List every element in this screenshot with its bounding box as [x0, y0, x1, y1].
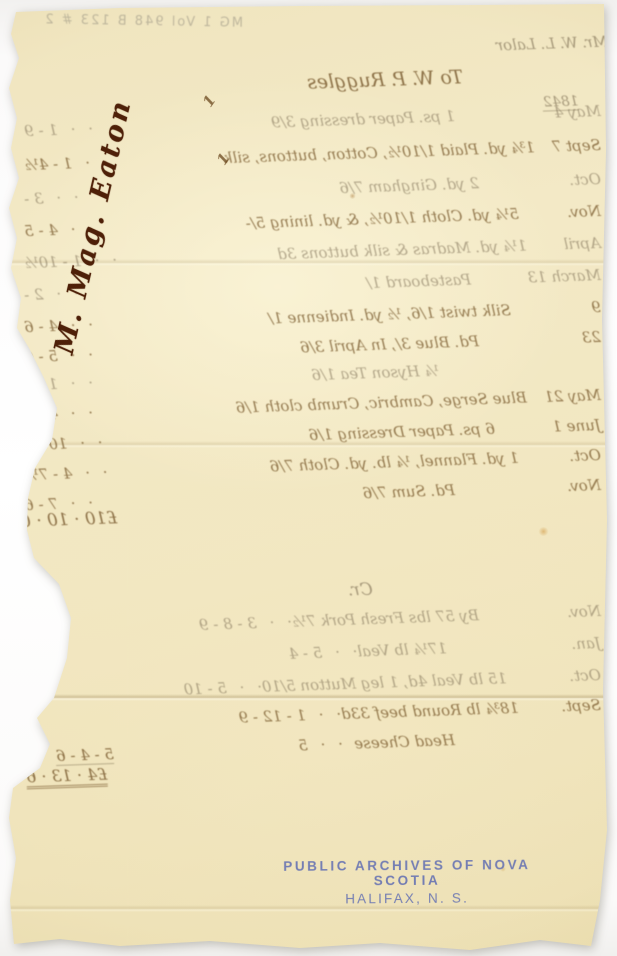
- row-date: Jan.: [535, 634, 602, 654]
- row-amount: 1 - 3: [24, 374, 93, 394]
- stamp-line-1: PUBLIC ARCHIVES OF NOVA SCOTIA: [272, 857, 542, 889]
- row-date: May 4: [535, 102, 602, 122]
- row-amount: 1 - 12 - 9: [238, 705, 341, 727]
- row-description: 1 yd. Flannel, ¼ lb. yd. Cloth 7/6: [107, 448, 535, 481]
- ledger-debit-row: Nov.Pd. Sum 7/67 - 6: [24, 476, 601, 514]
- row-date: June 1: [535, 416, 602, 436]
- ledger-credit-row: Nov.By 57 lbs Fresh Pork 7½3 - 8 - 9: [24, 602, 601, 640]
- row-amount: 5: [298, 735, 355, 755]
- row-amount: 5 - 4: [288, 642, 357, 662]
- paper-wrapper: Mr. W. L. Lalor To W. P. Ruggles 1842 £1…: [0, 0, 617, 956]
- row-description: 6 ps. Paper Dressing 1/6: [102, 418, 535, 451]
- row-description: 18¾ lb Round beef 33d: [341, 698, 535, 723]
- row-date: Nov.: [535, 602, 602, 622]
- row-description: 1¼ yd. Madras & silk buttons 3d: [117, 236, 536, 269]
- row-description: 2 yd. Gingham 7/6: [80, 172, 535, 206]
- row-amount: 4 - 7½: [24, 463, 108, 484]
- scan-background: Mr. W. L. Lalor To W. P. Ruggles 1842 £1…: [0, 0, 617, 956]
- row-date: April: [535, 234, 602, 254]
- ledger-debit-row: March 13Pasteboard 1/2 -: [24, 266, 601, 304]
- stamp-line-2: HALIFAX, N. S.: [272, 890, 542, 907]
- bleedthrough-credit-total: £4 · 13 · 6: [26, 765, 108, 787]
- bleedthrough-credit-header: Cr.: [348, 580, 373, 601]
- ledger-credit-row: Jan.17¼ lb Veal5 - 4: [24, 634, 601, 672]
- row-date: Nov.: [535, 202, 602, 222]
- row-description: 1¾ yd. Plaid 1/10½, Cotton, buttons, sil…: [107, 138, 535, 171]
- bleedthrough-heading: Mr. W. L. Lalor: [408, 33, 609, 58]
- row-description: 1 ps. Paper dressing 3/9: [93, 104, 536, 137]
- row-amount: 10 - 6: [24, 433, 103, 454]
- row-amount: 5 - 10: [183, 678, 262, 699]
- row-date: [535, 370, 601, 372]
- row-amount: 4 - 6: [24, 404, 93, 424]
- row-amount: 7 - 6: [24, 494, 93, 514]
- row-date: Nov.: [535, 476, 602, 496]
- row-description: Blue Serge, Cambric, Crumb cloth 1/6: [93, 388, 536, 421]
- row-description: 5¼ yd. Cloth 1/10½, & yd. lining 5/-: [93, 204, 536, 237]
- row-date: March 13: [535, 266, 602, 286]
- row-description: Silk twist 1/6, ½ yd. Indienne 1/: [93, 300, 536, 333]
- row-date: Oct.: [535, 446, 602, 466]
- row-date: Sept.: [535, 696, 602, 716]
- row-date: 9: [535, 298, 602, 318]
- row-amount: 3 -: [24, 188, 81, 208]
- row-description: 17¼ lb Veal: [357, 636, 535, 660]
- ledger-debit-row: April1¼ yd. Madras & silk buttons 3d1 - …: [24, 234, 601, 272]
- row-date: Oct.: [535, 170, 602, 190]
- row-spacer: [24, 694, 183, 700]
- row-description: ¼ Hyson Tea 1/6: [93, 358, 536, 391]
- row-spacer: [24, 750, 298, 760]
- row-date: 23: [535, 328, 602, 348]
- row-spacer: [24, 630, 199, 636]
- row-date: Oct.: [535, 666, 602, 686]
- document-page: Mr. W. L. Lalor To W. P. Ruggles 1842 £1…: [0, 0, 617, 956]
- row-description: Head Cheese: [354, 728, 535, 752]
- row-description: Pasteboard 1/: [80, 268, 535, 302]
- row-amount: 3 - 8 - 9: [199, 613, 292, 634]
- archive-stamp: PUBLIC ARCHIVES OF NOVA SCOTIA HALIFAX, …: [272, 857, 542, 907]
- row-spacer: [24, 659, 288, 668]
- row-description: By 57 lbs Fresh Pork 7½: [291, 604, 535, 630]
- row-date: Sept 7: [535, 136, 602, 156]
- row-description: 15 lb Veal 4d, 1 leg Mutton 5/10: [262, 668, 536, 696]
- bleedthrough-layer: Mr. W. L. Lalor To W. P. Ruggles 1842 £1…: [0, 0, 617, 956]
- row-description: Pd. Sum 7/6: [93, 478, 536, 511]
- row-spacer: [24, 723, 238, 730]
- row-date: May 21: [535, 386, 602, 406]
- row-amount: 1 - 9: [24, 120, 93, 140]
- row-description: Pd. Blue 3/, In April 3/6: [93, 330, 536, 363]
- ledger-credit-row: Head Cheese5: [24, 726, 601, 764]
- bleedthrough-heading: To W. P. Ruggles: [248, 66, 464, 95]
- row-date: [535, 740, 601, 742]
